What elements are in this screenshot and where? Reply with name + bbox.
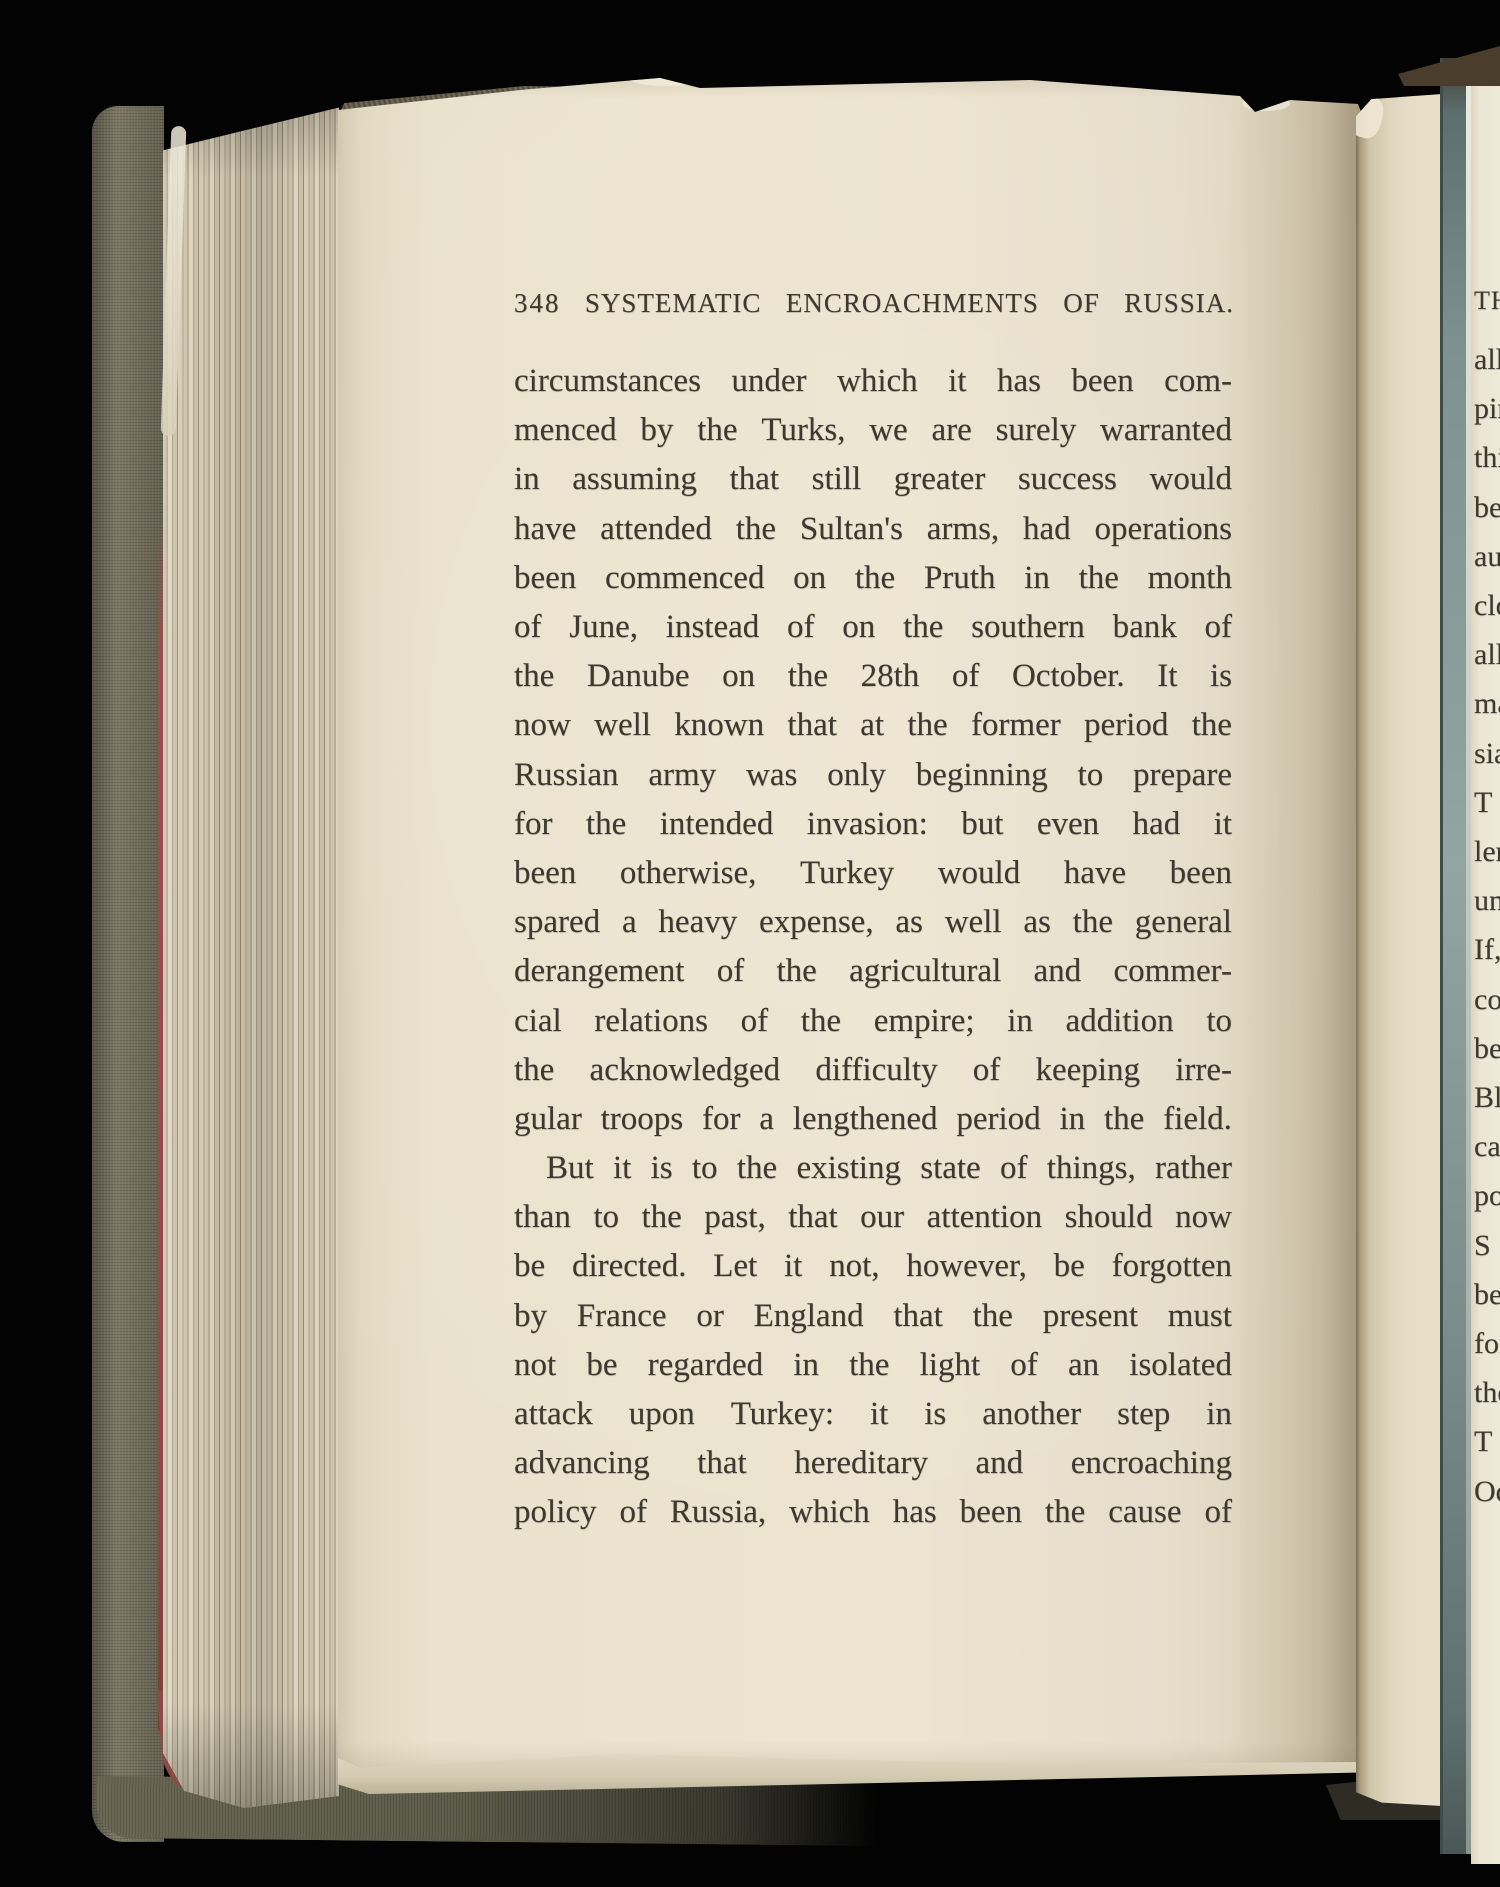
next-page-line-fragment: all l <box>1474 343 1500 377</box>
text-line: fortheintendedinvasion:butevenhadit <box>514 800 1232 849</box>
text-line: cialrelationsoftheempire;inadditionto <box>514 996 1232 1045</box>
header-word: ENCROACHMENTS <box>786 288 1039 319</box>
page-number: 348 <box>514 288 561 319</box>
text-line: policyofRussia,whichhasbeenthecauseof <box>514 1488 1232 1537</box>
next-page-line-fragment: all <box>1474 638 1500 672</box>
text-line: theDanubeonthe28thofOctober.Itis <box>514 652 1232 701</box>
text-line: sparedaheavyexpense,aswellasthegeneral <box>514 898 1232 947</box>
text-line: gulartroopsforalengthenedperiodinthefiel… <box>514 1095 1232 1144</box>
next-page-line-fragment: sian <box>1474 737 1500 771</box>
next-page-line-fragment: this <box>1474 441 1500 475</box>
next-page-sliver: TH all lpirethisbeenauthclosallmalsianTl… <box>1471 64 1500 1864</box>
next-page-line-fragment: mal <box>1474 687 1500 721</box>
text-line: theacknowledgeddifficultyofkeepingirre- <box>514 1046 1232 1095</box>
text-line: advancingthathereditaryandencroaching <box>514 1439 1232 1488</box>
next-page-line-fragment: been <box>1474 491 1500 525</box>
text-line: circumstancesunderwhichithasbeencom- <box>514 357 1232 406</box>
header-word: SYSTEMATIC <box>585 288 762 319</box>
next-page-header-fragment: TH <box>1474 286 1500 316</box>
left-page: 348 SYSTEMATICENCROACHMENTSOFRUSSIA. cir… <box>330 70 1372 1802</box>
next-page-line-fragment: und <box>1474 884 1500 918</box>
text-line: Butitistotheexistingstateofthings,rather <box>514 1144 1232 1193</box>
text-line: bedirected.Letitnot,however,beforgotten <box>514 1242 1232 1291</box>
board-edge-strip <box>1440 58 1469 1854</box>
text-line: thantothepast,thatourattentionshouldnow <box>514 1193 1232 1242</box>
text-line: Russianarmywasonlybeginningtoprepare <box>514 751 1232 800</box>
next-page-line-fragment: be c <box>1474 1032 1500 1066</box>
next-page-line-fragment: T <box>1474 786 1492 820</box>
text-line: byFranceorEnglandthatthepresentmust <box>514 1292 1232 1341</box>
next-page-line-fragment: por <box>1474 1179 1500 1213</box>
next-page-line-fragment: Odes <box>1474 1475 1500 1509</box>
next-page-line-fragment: S <box>1474 1229 1491 1263</box>
next-page-line-fragment: auth <box>1474 540 1500 574</box>
text-line: attackuponTurkey:itisanotherstepin <box>514 1390 1232 1439</box>
next-page-line-fragment: T <box>1474 1425 1492 1459</box>
next-page-line-fragment: be <box>1474 1278 1500 1312</box>
text-line: mencedbytheTurks,wearesurelywarranted <box>514 406 1232 455</box>
next-page-line-fragment: clos <box>1474 589 1500 623</box>
page-text: circumstancesunderwhichithasbeencom-menc… <box>514 357 1232 1538</box>
next-page-line-fragment: leng <box>1474 835 1500 869</box>
next-page-line-fragment: If, <box>1474 933 1500 967</box>
running-header: 348 SYSTEMATICENCROACHMENTSOFRUSSIA. <box>514 288 1234 328</box>
text-line: derangementoftheagriculturalandcommer- <box>514 947 1232 996</box>
page-edge-stack <box>163 92 339 1808</box>
top-edge-shadow <box>1398 46 1500 86</box>
text-line: ofJune,insteadofonthesouthernbankof <box>514 603 1232 652</box>
torn-edge-chip <box>1242 96 1290 111</box>
text-line: beenotherwise,Turkeywouldhavebeen <box>514 849 1232 898</box>
next-page-line-fragment: pire <box>1474 392 1500 426</box>
next-page-line-fragment: com <box>1474 983 1500 1017</box>
next-page-line-fragment: thes <box>1474 1376 1500 1410</box>
header-word: OF <box>1063 288 1100 319</box>
text-line: notberegardedinthelightofanisolated <box>514 1341 1232 1390</box>
text-line: beencommencedonthePruthinthemonth <box>514 554 1232 603</box>
gutter-page-curve <box>1356 94 1442 1806</box>
next-page-line-fragment: form <box>1474 1327 1500 1361</box>
text-line: haveattendedtheSultan'sarms,hadoperation… <box>514 505 1232 554</box>
next-page-line-fragment: Bla <box>1474 1081 1500 1115</box>
torn-edge-chip <box>630 72 704 86</box>
text-line: nowwellknownthatattheformerperiodthe <box>514 701 1232 750</box>
book-photograph: { "page": { "header": { "page_number": "… <box>0 0 1500 1887</box>
header-word: RUSSIA. <box>1124 288 1234 319</box>
cover-left-board <box>92 106 164 1842</box>
text-line: inassumingthatstillgreatersuccesswould <box>514 455 1232 504</box>
next-page-line-fragment: cau <box>1474 1130 1500 1164</box>
